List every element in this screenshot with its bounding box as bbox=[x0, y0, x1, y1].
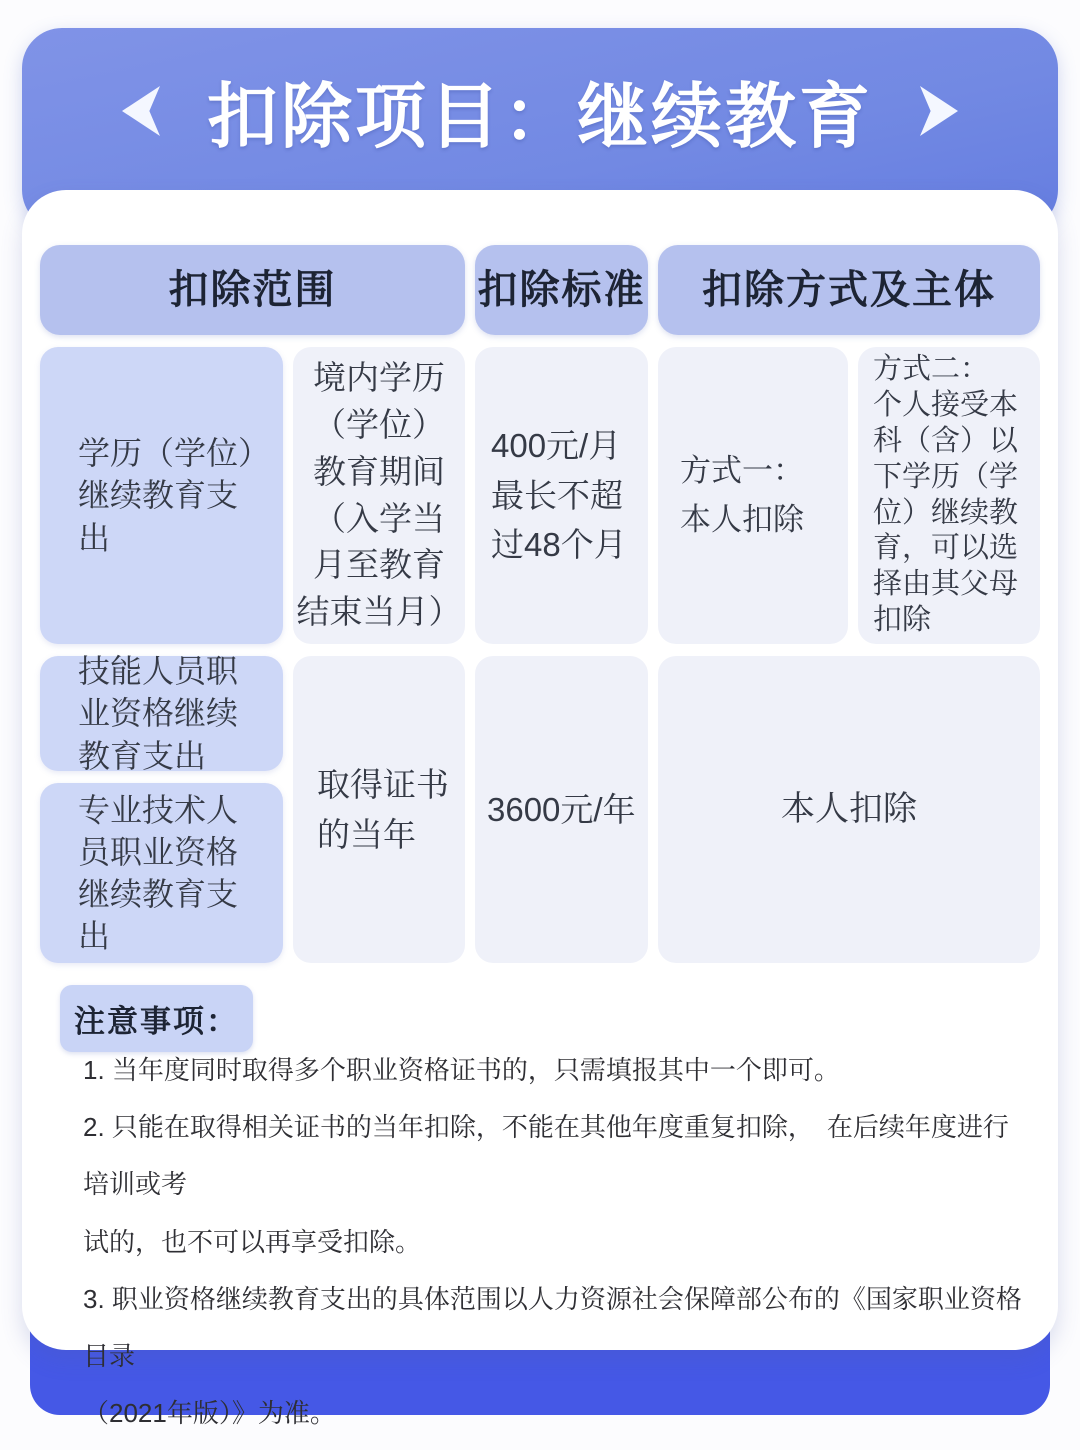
note-item-3: 3. 职业资格继续教育支出的具体范围以人力资源社会保障部公布的《国家职业资格目录… bbox=[83, 1271, 1033, 1443]
cell-method2-row1: 方式二： 个人接受本 科（含）以 下学历（学 位）继续教 育，可以选 择由其父母… bbox=[858, 347, 1040, 644]
header-banner-row: 扣除项目：继续教育 bbox=[22, 28, 1058, 194]
cell-scope-detail-row1: 境内学历 （学位） 教育期间 （入学当 月至教育 结束当月） bbox=[293, 347, 465, 644]
col-header-method: 扣除方式及主体 bbox=[658, 245, 1040, 335]
cell-scope-item-row2: 技能人员职 业资格继续 教育支出 bbox=[40, 656, 283, 771]
cell-standard-rows23: 3600元/年 bbox=[475, 656, 648, 963]
cell-scope-detail-rows23: 取得证书 的当年 bbox=[293, 656, 465, 963]
notes-list: 1. 当年度同时取得多个职业资格证书的，只需填报其中一个即可。 2. 只能在取得… bbox=[83, 1042, 1033, 1442]
infographic-page: { "banner": { "title": "扣除项目：继续教育", "lef… bbox=[0, 0, 1080, 1450]
note-item-1: 1. 当年度同时取得多个职业资格证书的，只需填报其中一个即可。 bbox=[83, 1042, 1033, 1099]
cell-method-rows23: 本人扣除 bbox=[658, 656, 1040, 963]
content-card: 扣除范围 扣除标准 扣除方式及主体 学历（学位） 继续教育支 出 境内学历 （学… bbox=[22, 190, 1058, 1350]
arrow-right-icon[interactable] bbox=[920, 86, 958, 136]
page-title: 扣除项目：继续教育 bbox=[207, 60, 873, 162]
arrow-left-icon[interactable] bbox=[122, 86, 160, 136]
cell-scope-item-row1: 学历（学位） 继续教育支 出 bbox=[40, 347, 283, 644]
deduction-table: 扣除范围 扣除标准 扣除方式及主体 学历（学位） 继续教育支 出 境内学历 （学… bbox=[40, 245, 1040, 963]
cell-method1-row1: 方式一： 本人扣除 bbox=[658, 347, 848, 644]
col-header-scope: 扣除范围 bbox=[40, 245, 465, 335]
note-item-2: 2. 只能在取得相关证书的当年扣除，不能在其他年度重复扣除， 在后续年度进行培训… bbox=[83, 1099, 1033, 1271]
cell-standard-row1: 400元/月 最长不超 过48个月 bbox=[475, 347, 648, 644]
cell-scope-item-row3: 专业技术人 员职业资格 继续教育支 出 bbox=[40, 783, 283, 963]
col-header-standard: 扣除标准 bbox=[475, 245, 648, 335]
